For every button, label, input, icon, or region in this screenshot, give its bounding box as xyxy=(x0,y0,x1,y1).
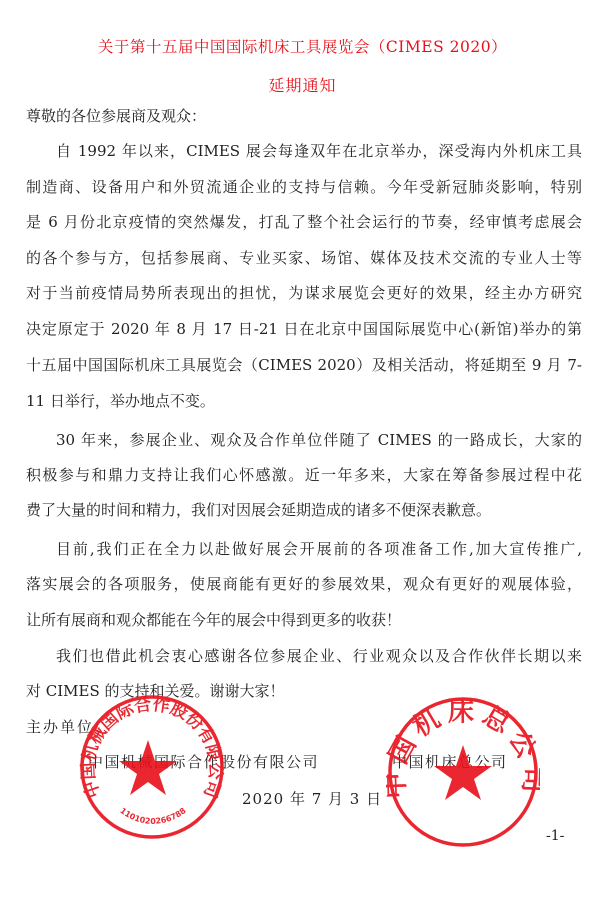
svg-text:1101020266788: 1101020266788 xyxy=(118,806,188,826)
paragraph-line: 自 1992 年以来，CIMES 展会每逢双年在北京举办，深受海内外机床工具 xyxy=(56,141,582,161)
svg-text:中国机械国际合作股份有限公司: 中国机械国际合作股份有限公司 xyxy=(78,694,225,801)
paragraph-line: 目前,我们正在全力以赴做好展会开展前的各项准备工作,加大宣传推广, xyxy=(56,539,582,559)
stamp-text-left: 中国机械国际合作股份有限公司 xyxy=(78,694,225,801)
paragraph-line: 对于当前疫情局势所表现出的担忧，为谋求展览会更好的效果，经主办方研究 xyxy=(26,283,582,303)
signing-date: 2020 年 7 月 3 日 xyxy=(242,788,382,809)
page-number: -1- xyxy=(546,828,564,844)
paragraph-line: 十五届中国国际机床工具展览会（CIMES 2020）及相关活动，将延期至 9 月… xyxy=(26,355,582,375)
paragraph-line: 的各个参与方，包括参展商、专业买家、场馆、媒体及技术交流的专业人士等 xyxy=(26,248,582,268)
company-seal-stamp-right: 中国机床总公司 xyxy=(386,695,540,849)
star-icon xyxy=(119,740,177,795)
company-seal-stamp-left: 中国机械国际合作股份有限公司 1101020266788 xyxy=(78,694,226,840)
paragraph-line: 积极参与和鼎力支持让我们心怀感激。近一年多来，大家在筹备参展过程中花 xyxy=(26,465,582,485)
paragraph-line: 11 日举行，举办地点不变。 xyxy=(26,391,582,411)
paragraph-line: 我们也借此机会衷心感谢各位参展企业、行业观众以及合作伙伴长期以来 xyxy=(56,646,582,666)
paragraph-line: 落实展会的各项服务，使展商能有更好的参展效果，观众有更好的观展体验， xyxy=(26,574,582,594)
paragraph-line: 制造商、设备用户和外贸流通企业的支持与信赖。今年受新冠肺炎影响，特别 xyxy=(26,177,582,197)
document-subtitle: 延期通知 xyxy=(0,73,605,96)
paragraph-line: 费了大量的时间和精力，我们对因展会延期造成的诸多不便深表歉意。 xyxy=(26,500,582,520)
paragraph-line: 让所有展商和观众都能在今年的展会中得到更多的收获！ xyxy=(26,610,582,630)
document-page: 关于第十五届中国国际机床工具展览会（CIMES 2020） 延期通知 尊敬的各位… xyxy=(0,0,605,900)
paragraph-line: 决定原定于 2020 年 8 月 17 日-21 日在北京中国国际展览中心(新馆… xyxy=(26,319,582,339)
paragraph-line: 30 年来，参展企业、观众及合作单位伴随了 CIMES 的一路成长，大家的 xyxy=(56,430,582,450)
salutation: 尊敬的各位参展商及观众： xyxy=(26,106,582,126)
star-icon xyxy=(434,745,492,800)
paragraph-line: 是 6 月份北京疫情的突然爆发，打乱了整个社会运行的节奏，经审慎考虑展会 xyxy=(26,212,582,232)
document-title: 关于第十五届中国国际机床工具展览会（CIMES 2020） xyxy=(0,35,605,57)
